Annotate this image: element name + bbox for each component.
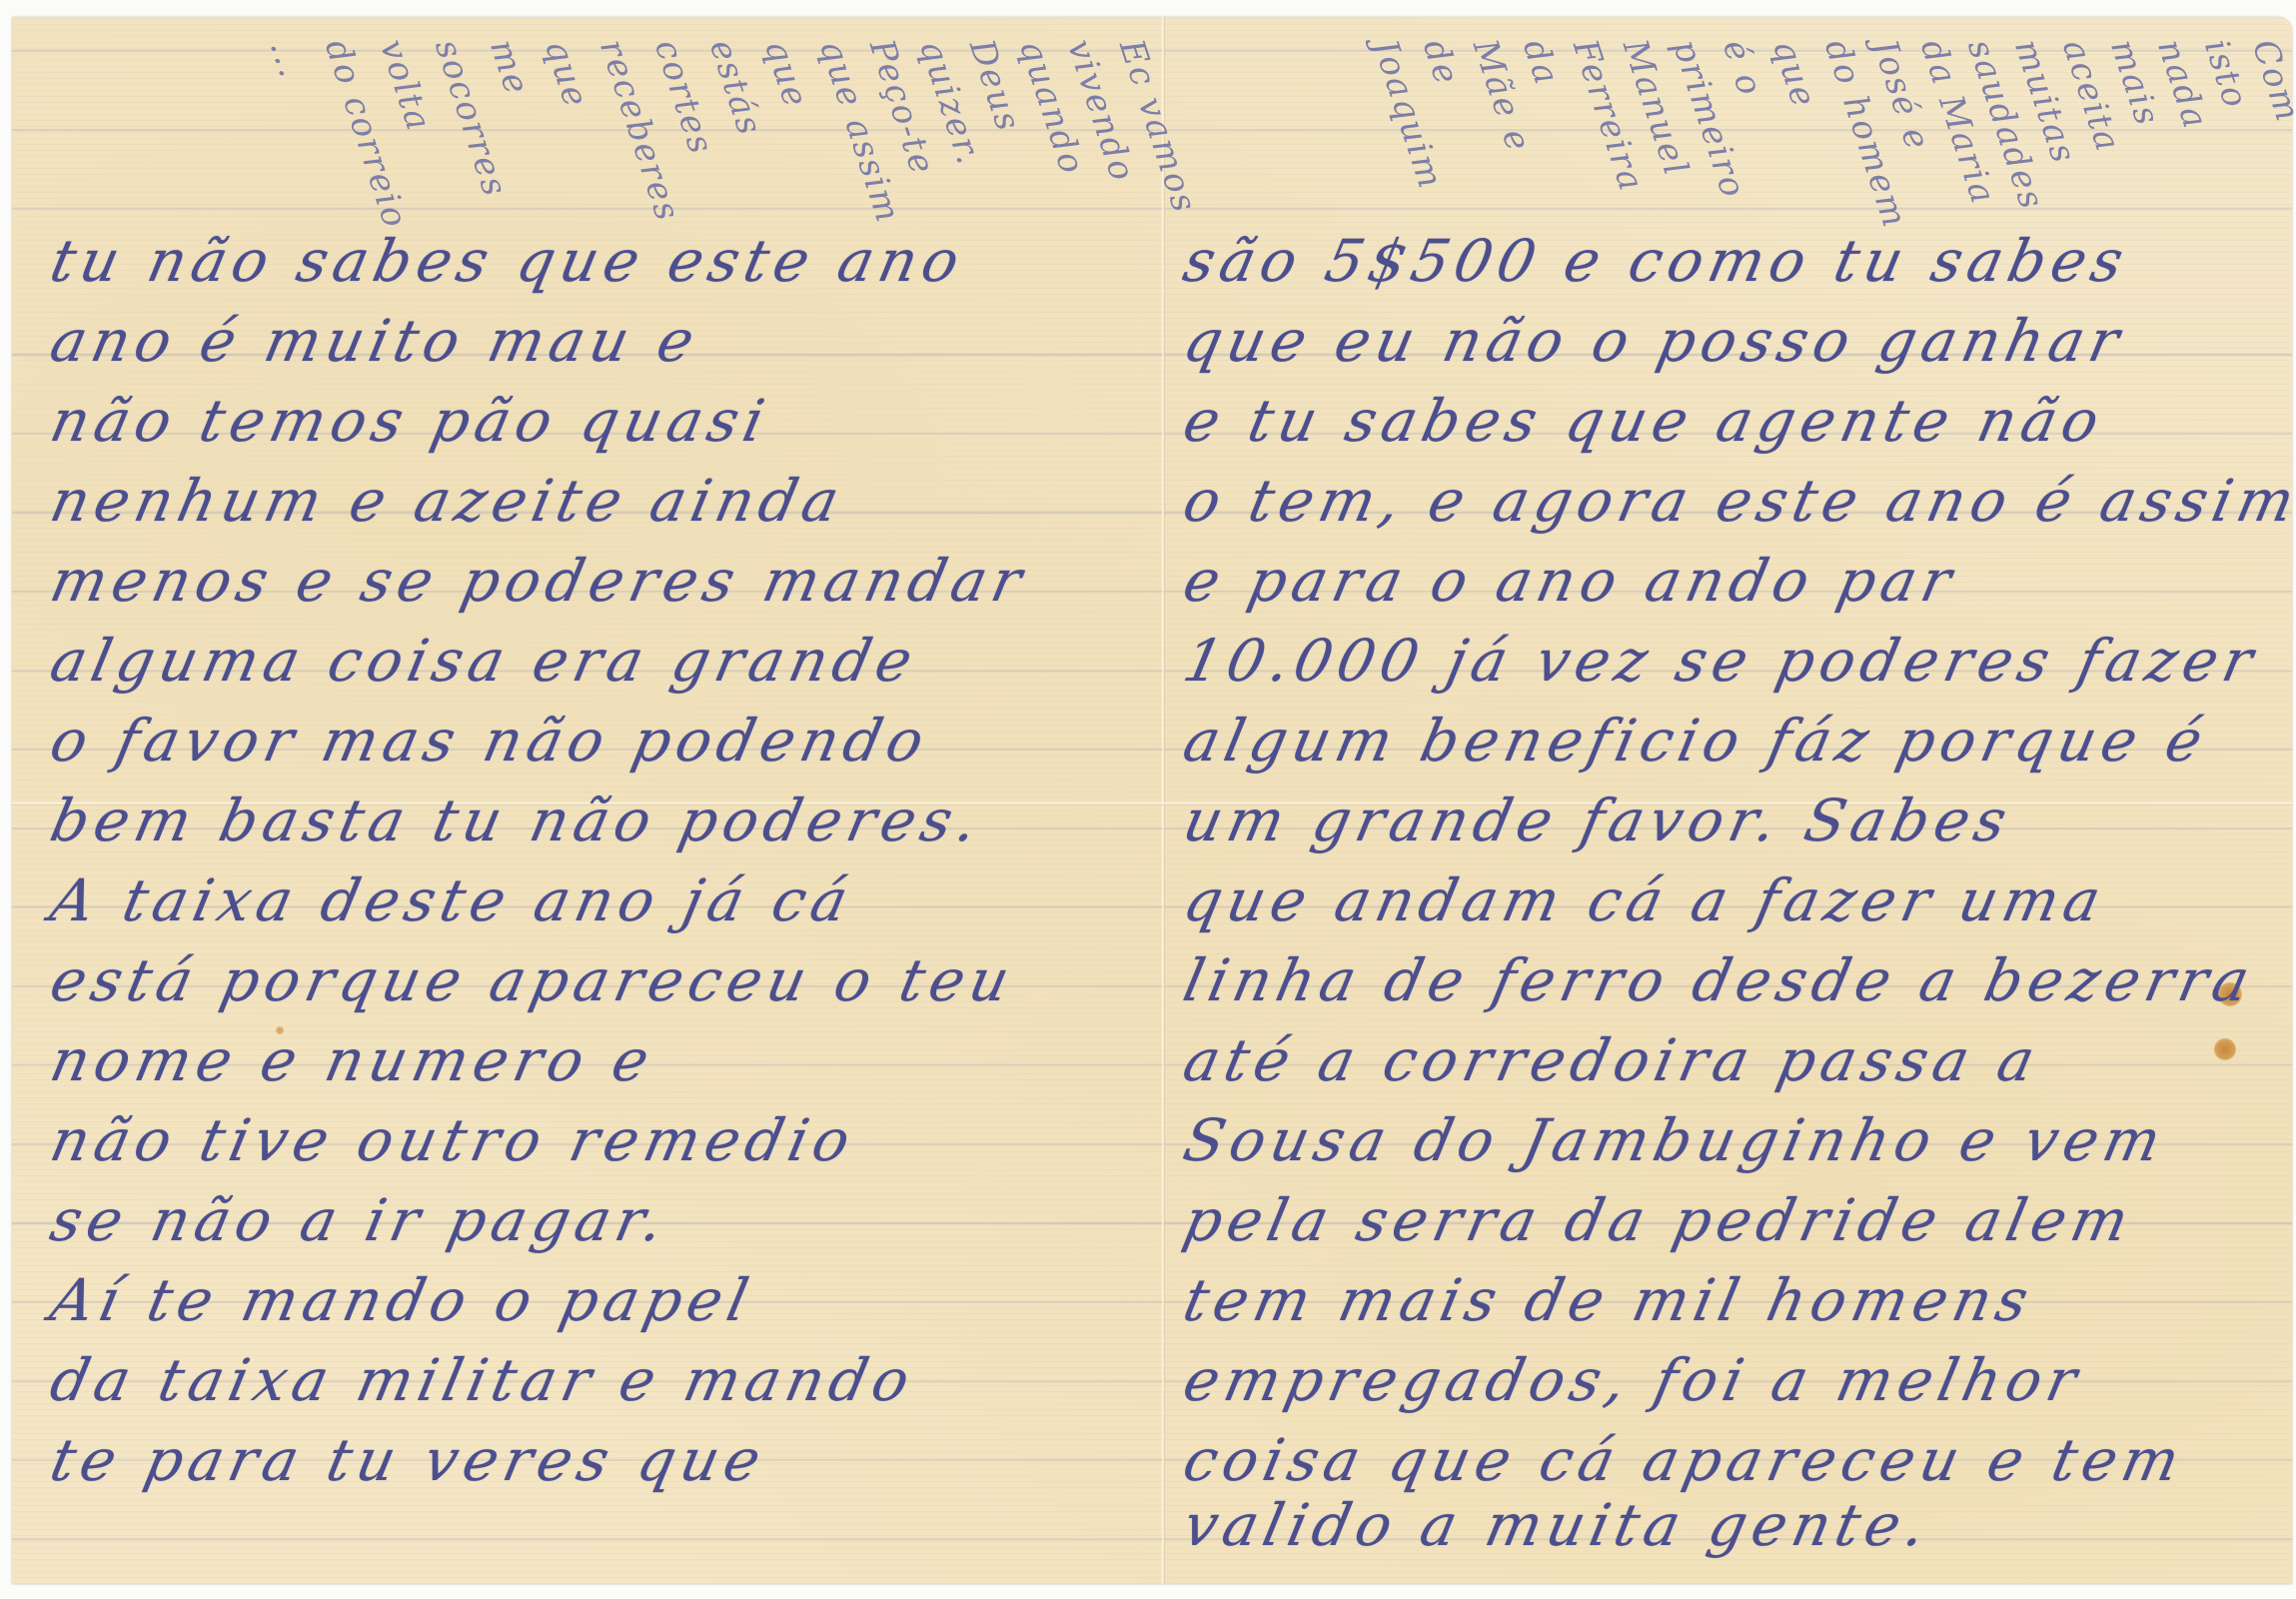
letter-line: se não a ir pagar. — [45, 1186, 675, 1254]
letter-line: que eu não o posso ganhar — [1178, 307, 2131, 375]
letter-line: algum beneficio fáz porque é — [1178, 707, 2214, 775]
letter-line: está porque apareceu o teu — [45, 946, 1021, 1014]
margin-note: da — [1515, 35, 1567, 91]
letter-line: pela serra da pedride alem — [1178, 1186, 2140, 1254]
letter-line: o favor mas não podendo — [45, 707, 936, 775]
margin-note: de — [1415, 35, 1467, 91]
letter-line: são 5$500 e como tu sabes — [1178, 227, 2135, 295]
margin-note: é o — [1715, 35, 1770, 102]
letter-line: não tive outro remedio — [45, 1106, 862, 1174]
letter-line: Aí te mando o papel — [45, 1266, 760, 1334]
left-page: Ec vamos vivendo quando Deus quizer. Peç… — [12, 17, 1161, 1584]
letter-line: Sousa do Jambuginho e vem — [1178, 1106, 2173, 1174]
letter-line: 10.000 já vez se poderes fazer — [1178, 627, 2265, 695]
letter-line: empregados, foi a melhor — [1178, 1346, 2089, 1414]
letter-line: e tu sabes que agente não — [1178, 387, 2111, 455]
letter-line: nome e numero e — [45, 1026, 661, 1094]
margin-note: que — [1764, 35, 1824, 114]
letter-line: ano é muito mau e — [45, 307, 706, 375]
margin-note: Com — [2244, 35, 2296, 128]
letter-line: da taixa militar e mando — [45, 1346, 921, 1414]
margin-note: que — [756, 35, 816, 114]
right-page: Com isto nada mais aceita muitas saudade… — [1165, 17, 2292, 1584]
letter-line: coisa que cá apareceu e tem — [1178, 1426, 2191, 1494]
letter-line: que andam cá a fazer uma — [1178, 866, 2112, 934]
letter-line: bem basta tu não poderes. — [45, 787, 989, 854]
letter-line: alguma coisa era grande — [45, 627, 924, 695]
margin-note: que — [537, 35, 596, 114]
letter-sheet: Ec vamos vivendo quando Deus quizer. Peç… — [12, 17, 2292, 1584]
margin-note: ... — [262, 35, 312, 84]
letter-line: menos e se poderes mandar — [45, 547, 1034, 615]
letter-line: linha de ferro desde a bezerra — [1178, 946, 2261, 1014]
letter-line: valido a muita gente. — [1178, 1491, 1938, 1559]
letter-line: e para o ano ando par — [1178, 547, 1963, 615]
letter-line: te para tu veres que — [45, 1426, 772, 1494]
margin-note: me — [482, 35, 537, 101]
letter-line: nenhum e azeite ainda — [45, 467, 851, 535]
letter-line: não temos pão quasi — [45, 387, 776, 455]
letter-line: até a corredoira passa a — [1178, 1026, 2046, 1094]
letter-line: um grande favor. Sabes — [1178, 787, 2018, 854]
letter-line: tem mais de mil homens — [1178, 1266, 2040, 1334]
letter-line: tu não sabes que este ano — [45, 227, 971, 295]
letter-line: A taixa deste ano já cá — [45, 866, 860, 934]
letter-line: o tem, e agora este ano é assim — [1178, 467, 2296, 535]
